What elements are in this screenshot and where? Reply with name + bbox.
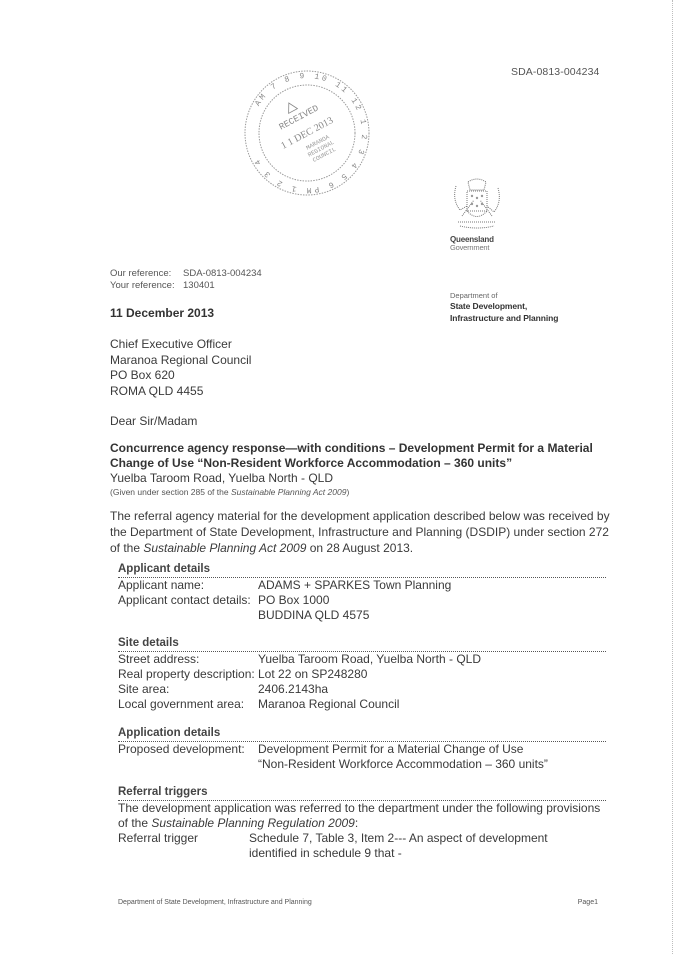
section-heading: Application details (118, 727, 606, 742)
detail-label: Real property description: (118, 667, 258, 682)
subject-note-prefix: (Given under section 285 of the (110, 487, 231, 497)
department-block: Department of State Development, Infrast… (450, 291, 558, 324)
detail-value: identified in schedule 9 that - (249, 846, 606, 861)
detail-row: Applicant name:ADAMS + SPARKES Town Plan… (118, 578, 606, 593)
detail-label (118, 757, 258, 772)
our-reference-label: Our reference: (110, 268, 183, 280)
detail-row: BUDDINA QLD 4575 (118, 608, 606, 623)
detail-label: Referral trigger (118, 831, 249, 846)
detail-row: Real property description:Lot 22 on SP24… (118, 667, 606, 682)
detail-label: Proposed development: (118, 742, 258, 757)
detail-value: Lot 22 on SP248280 (258, 667, 606, 682)
detail-row: Proposed development:Development Permit … (118, 742, 606, 757)
detail-row: identified in schedule 9 that - (118, 846, 606, 861)
detail-row: Street address:Yuelba Taroom Road, Yuelb… (118, 652, 606, 667)
detail-value: Development Permit for a Material Change… (258, 742, 606, 757)
subject-note: (Given under section 285 of the Sustaina… (110, 487, 349, 497)
subject-note-act: Sustainable Planning Act 2009 (231, 487, 346, 497)
subject-title: Concurrence agency response—with conditi… (110, 441, 610, 471)
department-name-line2: Infrastructure and Planning (450, 312, 558, 324)
document-reference-top: SDA-0813-004234 (511, 66, 599, 78)
subject-note-suffix: ) (346, 487, 349, 497)
detail-value: Yuelba Taroom Road, Yuelba North - QLD (258, 652, 606, 667)
recipient-line: ROMA QLD 4455 (110, 384, 251, 400)
referral-intro-end: : (355, 816, 358, 830)
queensland-coat-of-arms-icon (450, 176, 504, 234)
letter-date: 11 December 2013 (110, 306, 214, 320)
salutation: Dear Sir/Madam (110, 414, 197, 428)
detail-label: Site area: (118, 682, 258, 697)
application-details-section: Application details Proposed development… (118, 727, 606, 772)
section-heading: Site details (118, 637, 606, 652)
logo-subtitle: Government (450, 243, 510, 252)
detail-label (118, 608, 258, 623)
detail-value: PO Box 1000 (258, 593, 606, 608)
our-reference-value: SDA-0813-004234 (183, 268, 262, 279)
applicant-details-section: Applicant details Applicant name:ADAMS +… (118, 563, 606, 623)
detail-value: BUDDINA QLD 4575 (258, 608, 606, 623)
intro-paragraph: The referral agency material for the dev… (110, 508, 620, 556)
detail-row: Referral triggerSchedule 7, Table 3, Ite… (118, 831, 606, 846)
page-footer: Department of State Development, Infrast… (118, 899, 598, 906)
received-stamp-icon: AM 7 8 9 10 11 12 1 2 3 4 5 6 PM 1 2 3 4… (242, 68, 372, 198)
your-reference-value: 130401 (183, 280, 215, 291)
references: Our reference:SDA-0813-004234 Your refer… (110, 268, 262, 292)
intro-text-end: on 28 August 2013. (306, 541, 413, 555)
detail-label: Applicant name: (118, 578, 258, 593)
detail-label: Local government area: (118, 697, 258, 712)
queensland-government-logo: Queensland Government (450, 176, 510, 252)
section-heading: Applicant details (118, 563, 606, 578)
department-name-line1: State Development, (450, 300, 558, 312)
detail-value: Schedule 7, Table 3, Item 2--- An aspect… (249, 831, 606, 846)
section-heading: Referral triggers (118, 786, 606, 801)
recipient-line: PO Box 620 (110, 368, 251, 384)
detail-label: Applicant contact details: (118, 593, 258, 608)
detail-value: ADAMS + SPARKES Town Planning (258, 578, 606, 593)
detail-label: Street address: (118, 652, 258, 667)
detail-row: Local government area:Maranoa Regional C… (118, 697, 606, 712)
detail-label (118, 846, 249, 861)
detail-row: Applicant contact details:PO Box 1000 (118, 593, 606, 608)
received-stamp: AM 7 8 9 10 11 12 1 2 3 4 5 6 PM 1 2 3 4… (242, 68, 372, 198)
detail-value: 2406.2143ha (258, 682, 606, 697)
intro-act: Sustainable Planning Act 2009 (143, 541, 306, 555)
recipient-line: Chief Executive Officer (110, 337, 251, 353)
recipient-line: Maranoa Regional Council (110, 353, 251, 369)
referral-triggers-section: Referral triggers The development applic… (118, 786, 606, 861)
footer-department: Department of State Development, Infrast… (118, 899, 312, 906)
referral-regulation: Sustainable Planning Regulation 2009 (151, 816, 355, 830)
page-edge (672, 0, 673, 954)
your-reference-label: Your reference: (110, 280, 183, 292)
subject-location: Yuelba Taroom Road, Yuelba North - QLD (110, 471, 333, 485)
detail-row: Site area:2406.2143ha (118, 682, 606, 697)
department-prefix: Department of (450, 291, 558, 300)
site-details-section: Site details Street address:Yuelba Taroo… (118, 637, 606, 712)
detail-value: “Non-Resident Workforce Accommodation – … (258, 757, 606, 772)
detail-value: Maranoa Regional Council (258, 697, 606, 712)
page-number: Page1 (578, 899, 598, 906)
referral-intro: The development application was referred… (118, 801, 606, 831)
detail-row: “Non-Resident Workforce Accommodation – … (118, 757, 606, 772)
recipient-address: Chief Executive Officer Maranoa Regional… (110, 337, 251, 399)
